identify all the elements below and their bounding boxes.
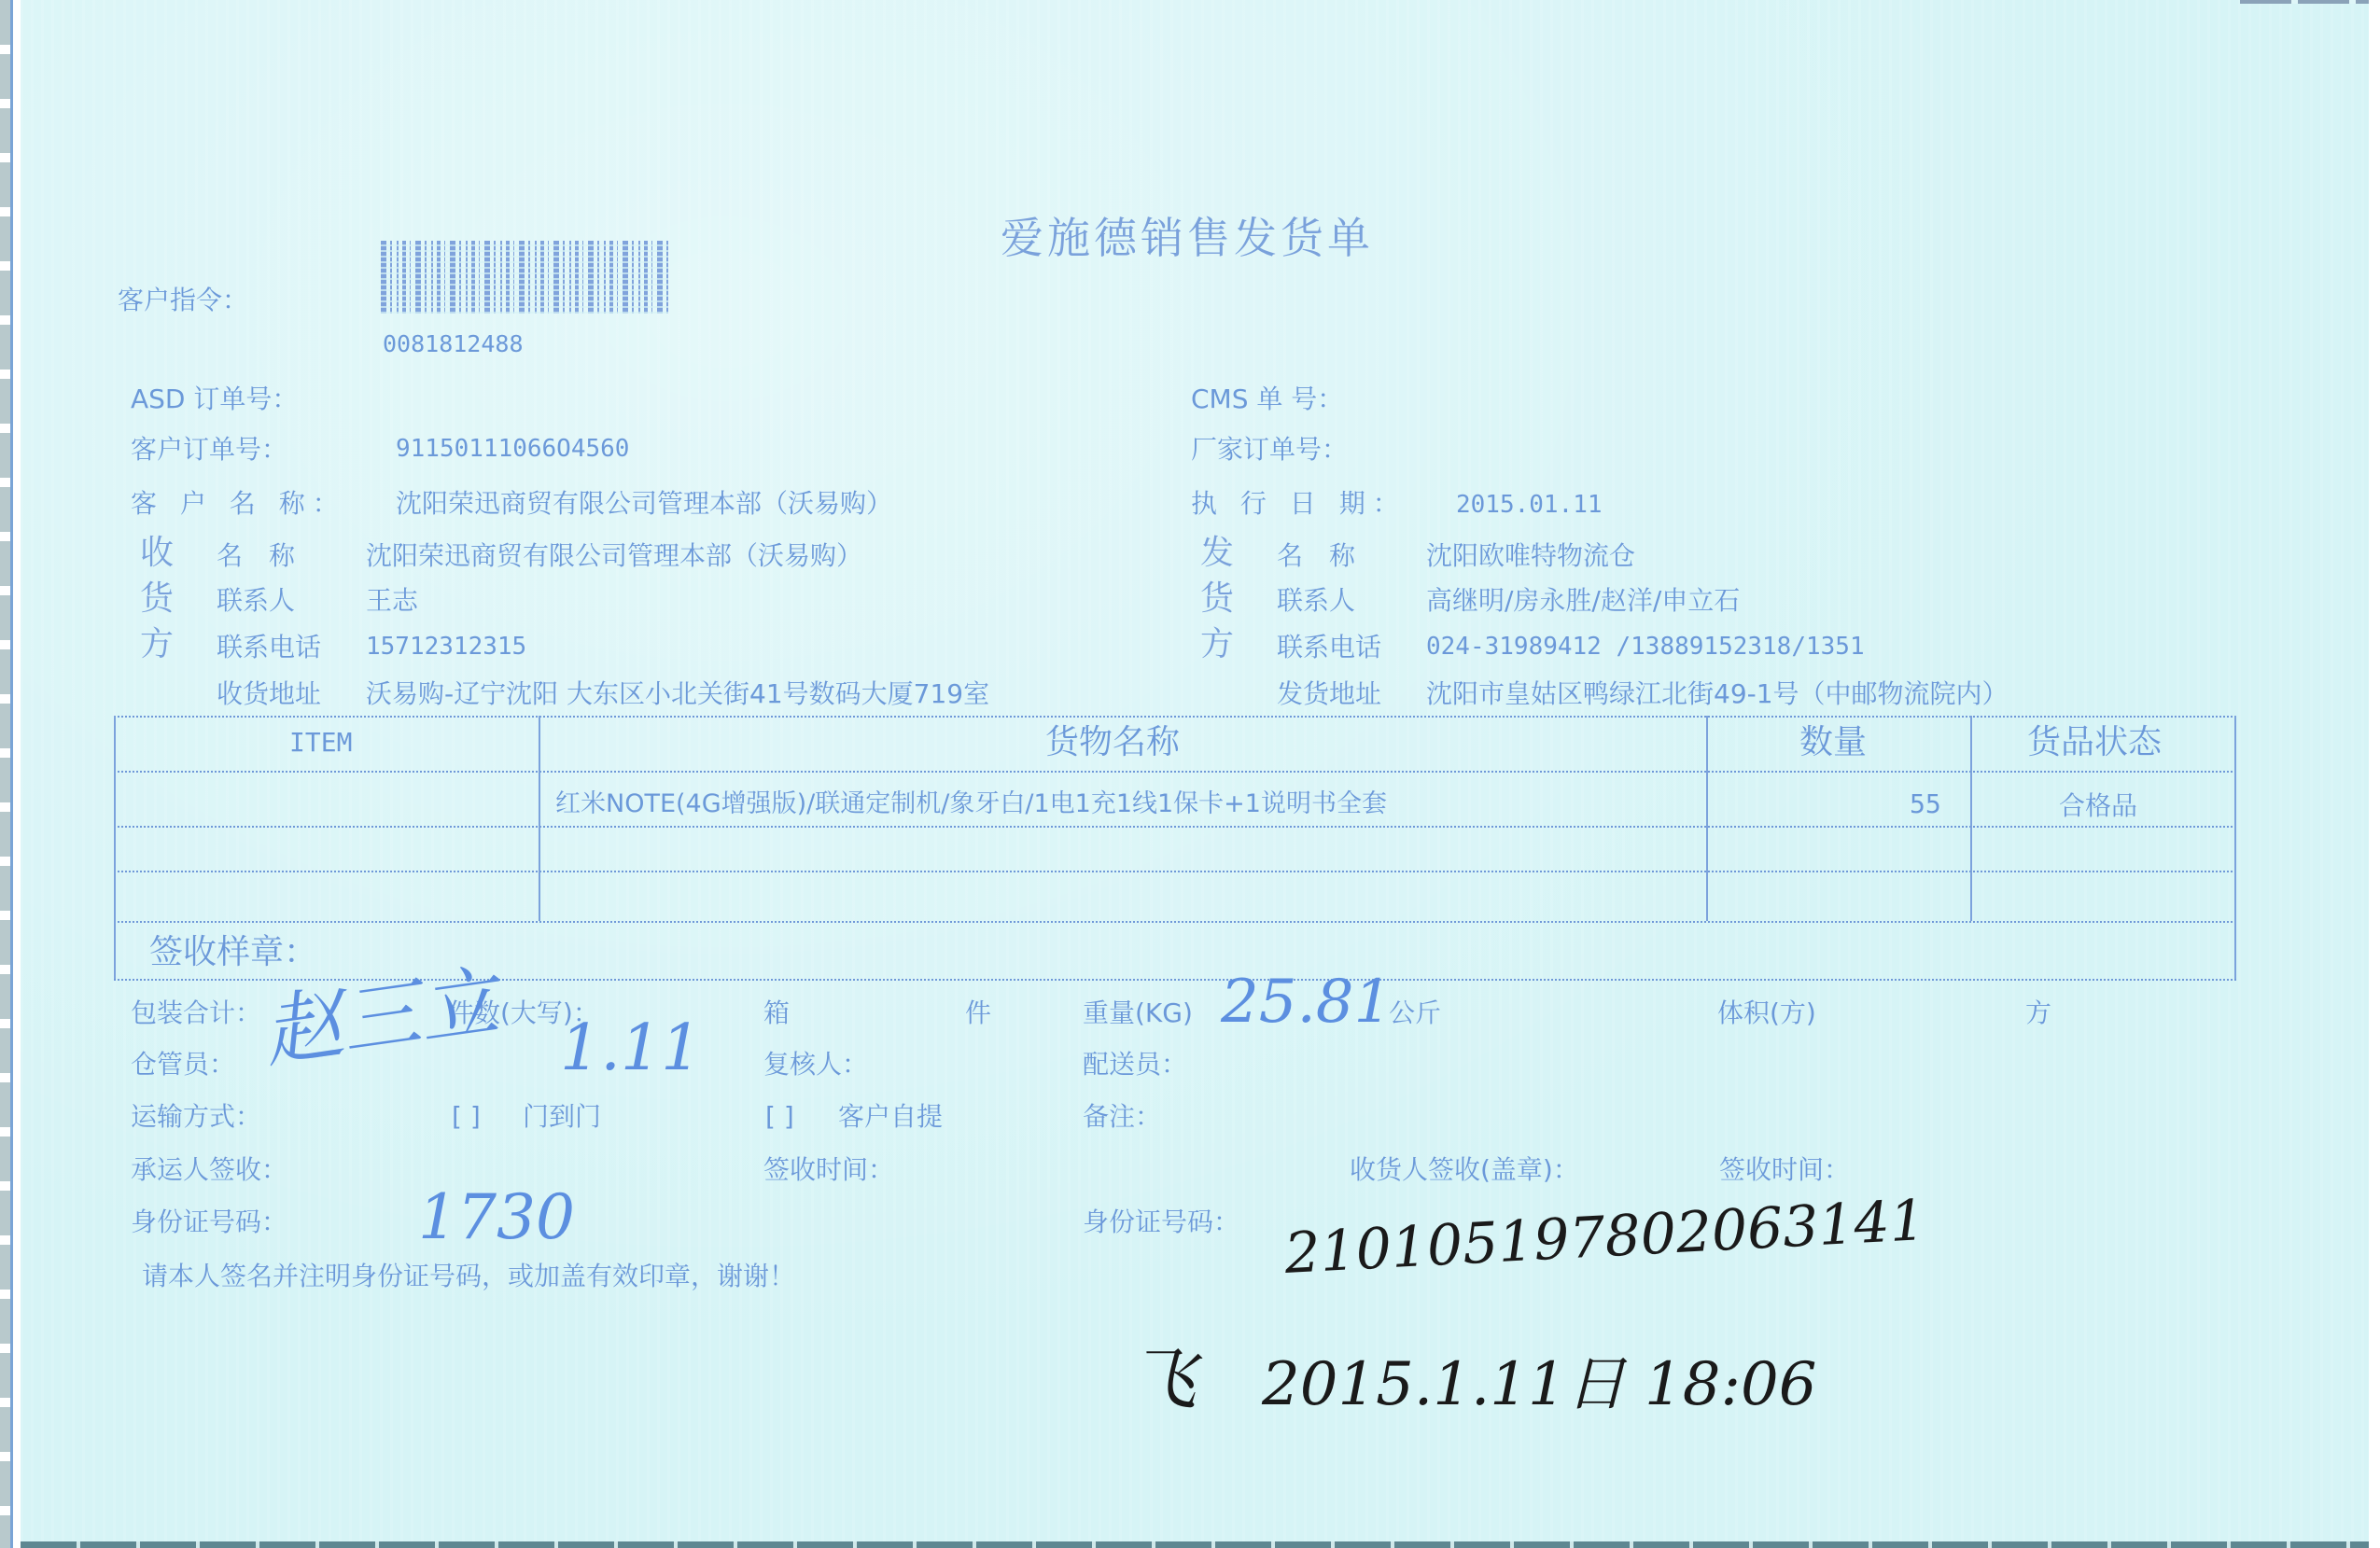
customer-order-label: 客户订单号： <box>131 437 287 463</box>
handwritten-carrier-id: 1730 <box>418 1187 575 1248</box>
exec-date-label: 执 行 日 期： <box>1191 491 1407 517</box>
consignee-sign-label: 收货人签收(盖章)： <box>1350 1157 1579 1183</box>
customer-order-value: 91150111066O4560 <box>396 437 629 461</box>
table-header-divider <box>114 771 2236 773</box>
column-header-goods-name: 货物名称 <box>1045 726 1180 760</box>
box-unit-label: 箱 <box>763 1000 790 1026</box>
carrier-sign-label: 承运人签收： <box>131 1157 287 1183</box>
receiver-contact-value: 王志 <box>366 588 418 614</box>
shipper-name-value: 沈阳欧唯特物流仓 <box>1426 543 1635 569</box>
table-border-left <box>114 716 116 979</box>
perforated-edge-bottom <box>21 1541 2369 1548</box>
shipper-contact-label: 联系人 <box>1277 588 1355 614</box>
factory-order-label: 厂家订单号： <box>1191 437 1348 463</box>
consignee-sign-time-label: 签收时间： <box>1719 1157 1850 1183</box>
package-total-label: 包装合计： <box>131 1000 261 1026</box>
receiver-address-label: 收货地址 <box>217 681 321 707</box>
receiver-name-value: 沈阳荣迅商贸有限公司管理本部（沃易购） <box>366 543 862 569</box>
door-to-door-checkbox[interactable]: [ ] <box>452 1104 481 1130</box>
transport-method-label: 运输方式： <box>131 1104 261 1130</box>
perforated-edge <box>0 0 13 1548</box>
exec-date-value: 2015.01.11 <box>1456 493 1603 517</box>
table-row-divider <box>114 826 2236 828</box>
customer-instruction-label: 客户指令： <box>118 287 248 314</box>
shipper-phone-label: 联系电话 <box>1277 635 1381 661</box>
table-border-right <box>2234 716 2236 979</box>
handwritten-consignee-signature: 飞 <box>1129 1346 1197 1413</box>
customer-name-value: 沈阳荣迅商贸有限公司管理本部（沃易购） <box>396 491 892 517</box>
volume-label: 体积(方) <box>1717 1000 1816 1026</box>
barcode-icon <box>381 241 668 314</box>
table-border-top <box>114 716 2236 718</box>
row-status: 合格品 <box>2059 793 2137 819</box>
column-header-quantity: 数量 <box>1799 726 1867 760</box>
dispatcher-label: 配送员： <box>1083 1052 1187 1078</box>
cms-number-label: CMS 单 号： <box>1191 386 1343 412</box>
receiver-address-value: 沃易购-辽宁沈阳 大东区小北关街41号数码大厦719室 <box>366 681 989 707</box>
row-quantity: 55 <box>1910 791 1941 817</box>
volume-unit: 方 <box>2025 1000 2051 1026</box>
table-row-divider <box>114 871 2236 872</box>
receiver-side-char-1: 收 <box>140 537 174 570</box>
receiver-phone-label: 联系电话 <box>217 635 321 661</box>
receiver-phone-value: 15712312315 <box>366 635 526 659</box>
document-title: 爱施德销售发货单 <box>1001 216 1374 259</box>
shipper-address-value: 沈阳市皇姑区鸭绿江北街49-1号（中邮物流院内） <box>1426 681 2009 707</box>
handwritten-consignee-datetime: 2015.1.11日 18:06 <box>1262 1355 1817 1415</box>
row-goods-name: 红米NOTE(4G增强版)/联通定制机/象牙白/1电1充1线1保卡+1说明书全套 <box>555 791 1387 816</box>
receiver-side-char-2: 货 <box>140 582 174 616</box>
table-col-divider <box>1706 716 1708 921</box>
table-row-divider <box>114 921 2236 923</box>
shipper-side-char-3: 方 <box>1200 628 1234 662</box>
remark-label: 备注： <box>1083 1104 1161 1130</box>
column-header-status: 货品状态 <box>2027 726 2162 760</box>
customer-pickup-checkbox[interactable]: [ ] <box>765 1104 794 1130</box>
customer-name-label: 客 户 名 称： <box>131 491 346 517</box>
consignee-id-label: 身份证号码： <box>1083 1209 1239 1235</box>
carrier-id-label: 身份证号码： <box>131 1209 287 1235</box>
stamp-label: 签收样章： <box>149 936 317 969</box>
table-col-divider <box>539 716 540 921</box>
shipper-address-label: 发货地址 <box>1277 681 1381 707</box>
shipper-side-char-1: 发 <box>1200 537 1234 570</box>
piece-unit-label: 件 <box>965 1000 991 1026</box>
shipper-name-label: 名 称 <box>1277 543 1355 569</box>
receiver-side-char-3: 方 <box>140 628 174 662</box>
warehouse-keeper-label: 仓管员： <box>131 1052 235 1078</box>
handwritten-warehouse-date: 1.11 <box>560 1017 701 1081</box>
customer-pickup-label: 客户自提 <box>838 1104 943 1130</box>
table-col-divider <box>1970 716 1972 921</box>
signature-notice: 请本人签名并注明身份证号码，或加盖有效印章，谢谢！ <box>142 1263 795 1290</box>
shipper-side-char-2: 货 <box>1200 582 1234 616</box>
receiver-contact-label: 联系人 <box>217 588 295 614</box>
shipper-contact-value: 高继明/房永胜/赵洋/申立石 <box>1426 588 1740 614</box>
column-header-item: ITEM <box>289 730 352 756</box>
receiver-name-label: 名 称 <box>217 543 295 569</box>
reviewer-label: 复核人： <box>763 1052 868 1078</box>
shipper-phone-value: 024-31989412 /13889152318/1351 <box>1426 635 1865 659</box>
barcode-number: 0081812488 <box>383 332 524 356</box>
carrier-sign-time-label: 签收时间： <box>763 1157 894 1183</box>
perforated-edge-top <box>2240 0 2369 4</box>
door-to-door-label: 门到门 <box>523 1104 601 1130</box>
weight-label: 重量(KG) <box>1083 1000 1193 1026</box>
asd-order-label: ASD 订单号： <box>131 386 298 412</box>
weight-unit: 公斤 <box>1389 1000 1441 1026</box>
handwritten-weight: 25.81 <box>1221 972 1392 1032</box>
